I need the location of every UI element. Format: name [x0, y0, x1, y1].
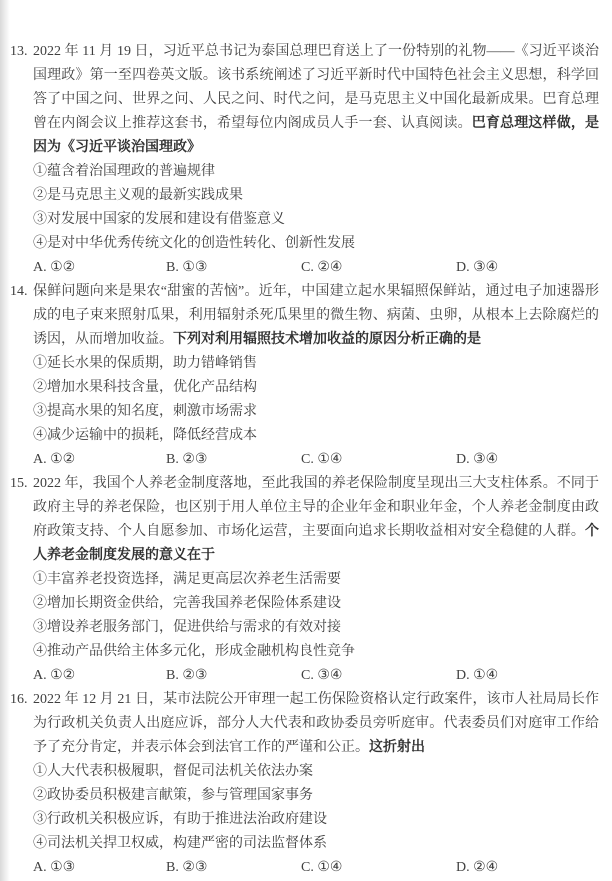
statement-4: ④减少运输中的损耗，降低经营成本	[33, 424, 599, 448]
option-c: C. ②④	[301, 256, 456, 280]
question-stem: 2022 年 11 月 19 日，习近平总书记为泰国总理巴育送上了一份特别的礼物…	[33, 40, 599, 160]
stem-text: 2022 年，我国个人养老金制度落地，至此我国的养老保险制度呈现出三大支柱体系。…	[33, 476, 599, 539]
stem-ask: 这折射出	[369, 740, 425, 755]
option-c: C. ①④	[301, 856, 456, 880]
question-stem: 2022 年 12 月 21 日，某市法院公开审理一起工伤保险资格认定行政案件，…	[33, 688, 599, 760]
statement-1: ①丰富养老投资选择，满足更高层次养老生活需要	[33, 568, 599, 592]
option-a: A. ①③	[33, 856, 166, 880]
option-b: B. ②③	[166, 664, 301, 688]
statement-3: ③提高水果的知名度，刺激市场需求	[33, 400, 599, 424]
question-15: 15. 2022 年，我国个人养老金制度落地，至此我国的养老保险制度呈现出三大支…	[10, 472, 599, 688]
option-d: D. ③④	[456, 448, 599, 472]
question-number: 13.	[10, 40, 33, 280]
option-a: A. ①②	[33, 256, 166, 280]
statement-2: ②增加水果科技含量，优化产品结构	[33, 376, 599, 400]
question-stem: 2022 年，我国个人养老金制度落地，至此我国的养老保险制度呈现出三大支柱体系。…	[33, 472, 599, 568]
option-a: A. ①②	[33, 448, 166, 472]
question-16: 16. 2022 年 12 月 21 日，某市法院公开审理一起工伤保险资格认定行…	[10, 688, 599, 880]
option-d: D. ②④	[456, 856, 599, 880]
statement-3: ③对发展中国家的发展和建设有借鉴意义	[33, 208, 599, 232]
statement-1: ①蕴含着治国理政的普遍规律	[33, 160, 599, 184]
option-d: D. ①④	[456, 664, 599, 688]
stem-ask: 下列对利用辐照技术增加收益的原因分析正确的是	[173, 332, 481, 347]
exam-content: 13. 2022 年 11 月 19 日，习近平总书记为泰国总理巴育送上了一份特…	[0, 0, 612, 880]
option-b: B. ②③	[166, 448, 301, 472]
option-b: B. ②③	[166, 856, 301, 880]
statement-3: ③增设养老服务部门，促进供给与需求的有效对接	[33, 616, 599, 640]
statement-1: ①延长水果的保质期，助力错峰销售	[33, 352, 599, 376]
options-row: A. ①② B. ②③ C. ③④ D. ①④	[33, 664, 599, 688]
statement-4: ④是对中华优秀传统文化的创造性转化、创新性发展	[33, 232, 599, 256]
statement-4: ④司法机关捍卫权威，构建严密的司法监督体系	[33, 832, 599, 856]
statement-2: ②是马克思主义观的最新实践成果	[33, 184, 599, 208]
question-stem: 保鲜问题向来是果农“甜蜜的苦恼”。近年，中国建立起水果辐照保鲜站，通过电子加速器…	[33, 280, 599, 352]
statement-1: ①人大代表积极履职，督促司法机关依法办案	[33, 760, 599, 784]
options-row: A. ①② B. ①③ C. ②④ D. ③④	[33, 256, 599, 280]
option-b: B. ①③	[166, 256, 301, 280]
stem-text: 2022 年 12 月 21 日，某市法院公开审理一起工伤保险资格认定行政案件，…	[33, 692, 599, 755]
option-a: A. ①②	[33, 664, 166, 688]
option-d: D. ③④	[456, 256, 599, 280]
options-row: A. ①③ B. ②③ C. ①④ D. ②④	[33, 856, 599, 880]
options-row: A. ①② B. ②③ C. ①④ D. ③④	[33, 448, 599, 472]
statement-3: ③行政机关积极应诉，有助于推进法治政府建设	[33, 808, 599, 832]
scanned-exam-page: 13. 2022 年 11 月 19 日，习近平总书记为泰国总理巴育送上了一份特…	[0, 0, 612, 881]
question-13: 13. 2022 年 11 月 19 日，习近平总书记为泰国总理巴育送上了一份特…	[10, 40, 599, 280]
statement-2: ②增加长期资金供给，完善我国养老保险体系建设	[33, 592, 599, 616]
statement-2: ②政协委员积极建言献策，参与管理国家事务	[33, 784, 599, 808]
question-14: 14. 保鲜问题向来是果农“甜蜜的苦恼”。近年，中国建立起水果辐照保鲜站，通过电…	[10, 280, 599, 472]
question-number: 15.	[10, 472, 33, 688]
option-c: C. ①④	[301, 448, 456, 472]
option-c: C. ③④	[301, 664, 456, 688]
question-number: 16.	[10, 688, 33, 880]
question-number: 14.	[10, 280, 33, 472]
statement-4: ④推动产品供给主体多元化，形成金融机构良性竞争	[33, 640, 599, 664]
